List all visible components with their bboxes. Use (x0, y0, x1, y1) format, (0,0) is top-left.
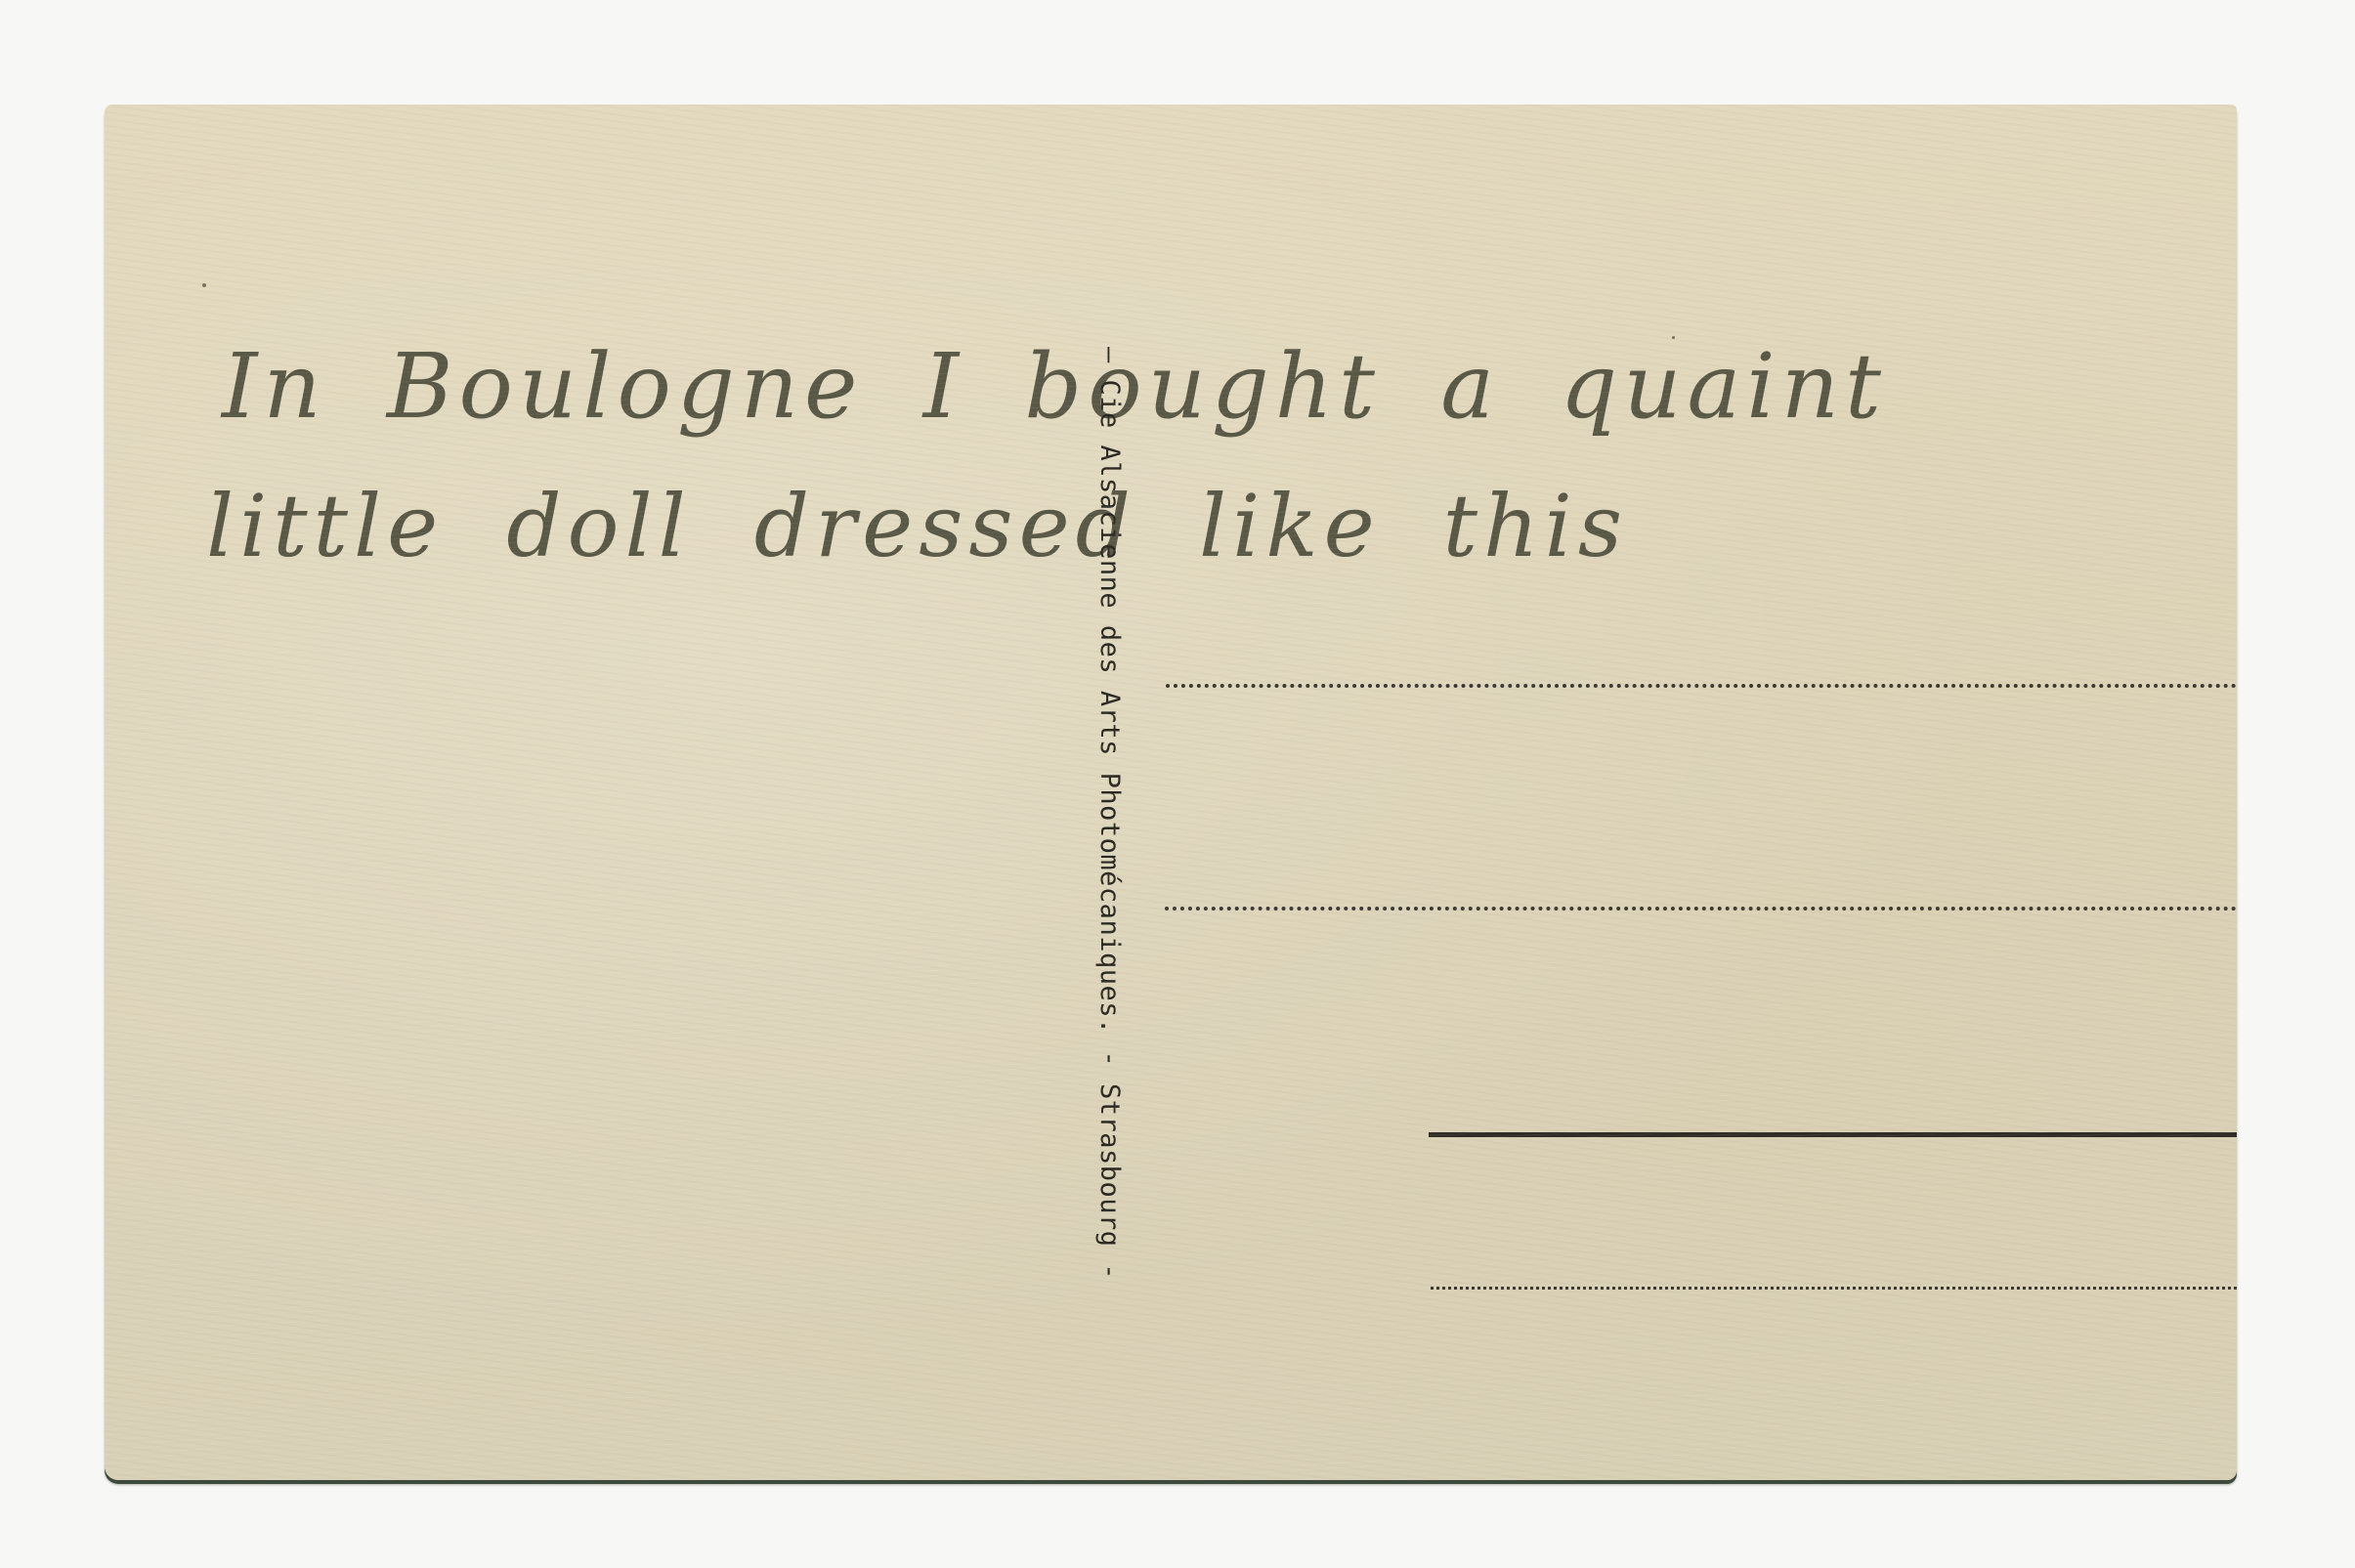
publisher-imprint-text: — Cie Alsacienne des Arts Photomécanique… (1094, 347, 1125, 1280)
address-line-3 (1429, 1132, 2237, 1137)
address-line-2 (1165, 907, 2237, 911)
handwritten-line-2: little doll dressed like this (206, 476, 1628, 576)
scan-background: In Boulogne I bought a quaint little dol… (0, 0, 2355, 1568)
handwritten-line-1: In Boulogne I bought a quaint (222, 334, 1887, 439)
paper-speck (202, 283, 206, 287)
paper-speck (1672, 336, 1675, 339)
postcard: In Boulogne I bought a quaint little dol… (105, 105, 2237, 1480)
address-line-1 (1166, 684, 2237, 688)
address-line-4 (1431, 1287, 2237, 1290)
